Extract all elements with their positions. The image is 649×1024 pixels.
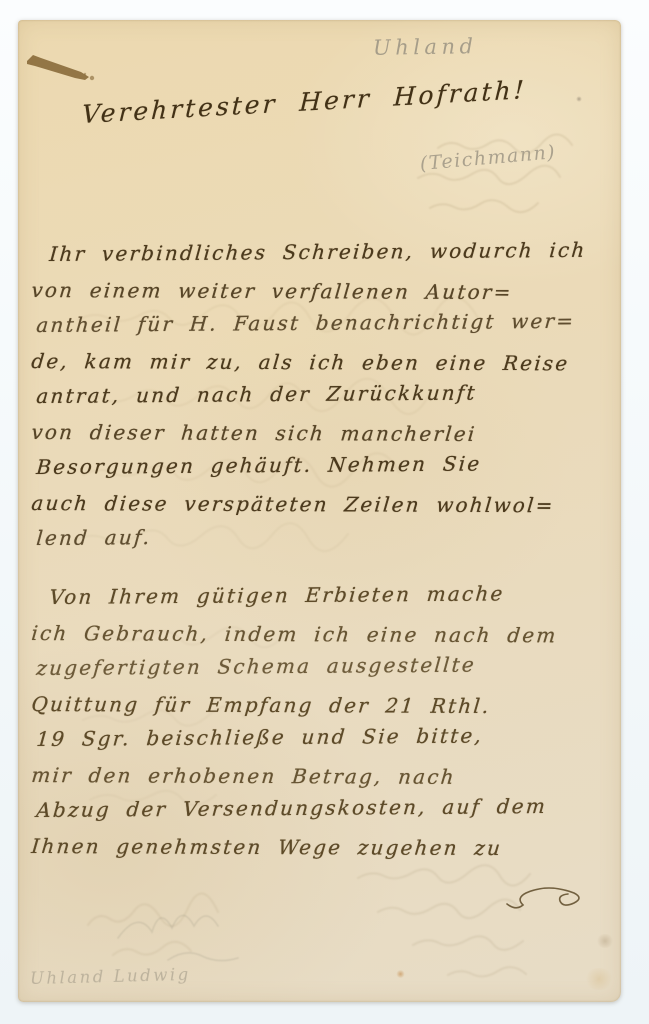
pencil-note-uhland: Uhland [373,34,478,60]
letter-paragraph-1: Ihr verbindliches Schreiben, wodurch ich… [36,242,586,562]
letter-line: Abzug der Versendungskosten, auf dem [35,794,559,834]
letter-line: Besorgungen gehäuft. Nehmen Sie [35,451,588,491]
letter-paragraph-2: Von Ihrem gütigen Erbieten mache ich Geb… [36,585,557,869]
salutation: Verehrtester Herr Hofrath! [81,75,527,129]
letter-line: Ihnen genehmsten Wege zugehen zu [29,834,558,872]
letter-line: zugefertigten Schema ausgestellte [35,652,559,692]
stain-spot [576,96,582,102]
stain-spot [596,934,614,948]
flourish-mark [504,884,590,918]
letter-line: antrat, und nach der Zurückkunft [35,380,588,420]
scan-background: Uhland Verehrtester Herr Hofrath! (Teich… [0,0,649,1024]
stain-spot [396,970,405,978]
pencil-note-bottom: Uhland Ludwig [30,965,191,988]
pencil-note-teichmann: (Teichmann) [419,141,557,175]
letter-line: Von Ihrem gütigen Erbieten mache [48,581,559,620]
ink-smudge [27,51,103,85]
letter-line: antheil für H. Faust benachrichtigt wer= [35,309,588,349]
letter-line: lend auf. [35,522,588,562]
letter-line: 19 Sgr. beischließe und Sie bitte, [35,723,559,763]
stain-spot [584,968,614,990]
letter-line: Ihr verbindliches Schreiben, wodurch ich [48,238,588,278]
letter-paper: Uhland Verehrtester Herr Hofrath! (Teich… [18,20,621,1002]
